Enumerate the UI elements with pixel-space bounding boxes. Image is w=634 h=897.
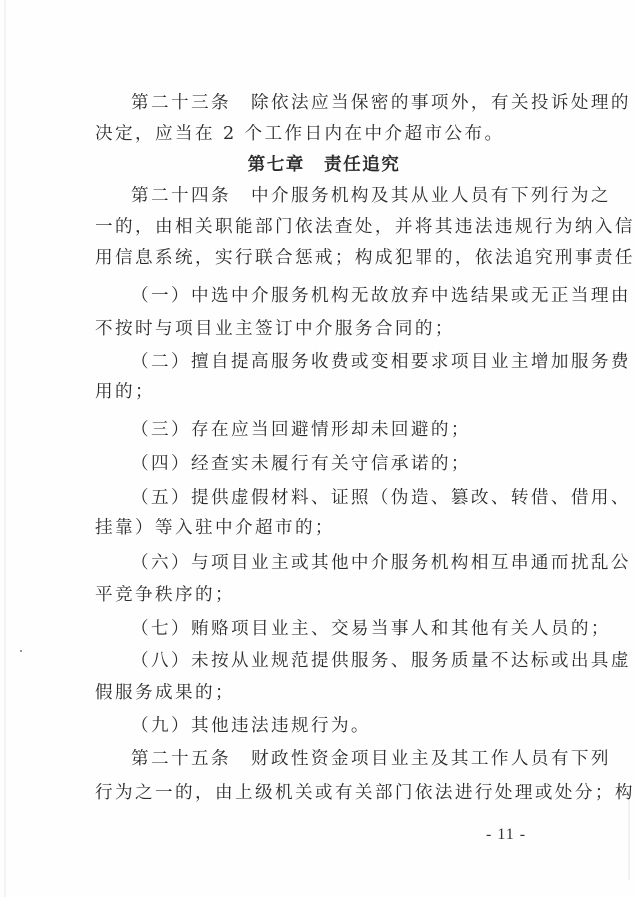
article-25-line-1: 第二十五条 财政性资金项目业主及其工作人员有下列 — [131, 744, 551, 775]
item-6-line-1: （六）与项目业主或其他中介服务机构相互串通而扰乱公 — [131, 548, 551, 579]
scan-edge-left — [4, 0, 6, 897]
item-9: （九）其他违法违规行为。 — [131, 711, 551, 742]
item-6-line-2: 平竞争秩序的； — [95, 580, 550, 611]
item-8-line-2: 假服务成果的； — [95, 678, 550, 709]
item-7: （七）贿赂项目业主、交易当事人和其他有关人员的； — [131, 614, 551, 645]
article-24-line-3: 用信息系统，实行联合惩戒；构成犯罪的，依法追究刑事责任： — [95, 243, 550, 274]
item-5-line-2: 挂靠）等入驻中介超市的； — [95, 513, 550, 544]
item-1-line-2: 不按时与项目业主签订中介服务合同的； — [95, 314, 550, 345]
item-2-line-1: （二）擅自提高服务收费或变相要求项目业主增加服务费 — [131, 347, 551, 378]
document-page: 第二十三条 除依法应当保密的事项外，有关投诉处理的 决定，应当在 2 个工作日内… — [0, 0, 634, 897]
item-4: （四）经查实未履行有关守信承诺的； — [131, 449, 551, 480]
article-24-line-1: 第二十四条 中介服务机构及其从业人员有下列行为之 — [131, 181, 551, 212]
article-25-line-2: 行为之一的，由上级机关或有关部门依法进行处理或处分；构 — [95, 778, 550, 809]
item-1-line-1: （一）中选中介服务机构无故放弃中选结果或无正当理由 — [131, 281, 551, 312]
article-23-line-1: 第二十三条 除依法应当保密的事项外，有关投诉处理的 — [131, 88, 551, 119]
item-5-line-1: （五）提供虚假材料、证照（伪造、篡改、转借、借用、 — [131, 483, 551, 514]
chapter-heading: 第七章 责任追究 — [0, 150, 634, 181]
page-number: - 11 - — [486, 826, 526, 844]
scan-edge-right — [628, 790, 630, 880]
item-8-line-1: （八）未按从业规范提供服务、服务质量不达标或出具虚 — [131, 646, 551, 677]
scan-speck — [20, 650, 22, 652]
item-3: （三）存在应当回避情形却未回避的； — [131, 415, 551, 446]
article-23-line-2: 决定，应当在 2 个工作日内在中介超市公布。 — [95, 119, 550, 150]
item-2-line-2: 用的； — [95, 377, 550, 408]
article-24-line-2: 一的，由相关职能部门依法查处，并将其违法违规行为纳入信 — [95, 212, 550, 243]
